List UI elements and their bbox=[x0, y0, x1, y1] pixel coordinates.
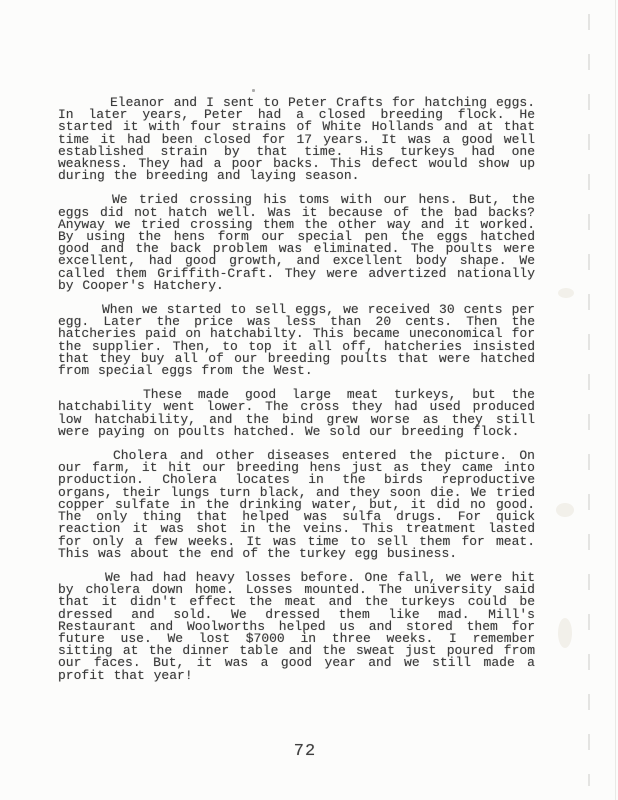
page-number: 72 bbox=[0, 742, 610, 761]
scanned-page: Eleanor and I sent to Peter Crafts for h… bbox=[0, 0, 618, 800]
paragraph-heavy-losses: We had had heavy losses before. One fall… bbox=[58, 572, 535, 682]
scan-smudge bbox=[558, 288, 574, 298]
scan-speck bbox=[252, 89, 255, 92]
scan-smudge bbox=[558, 618, 572, 648]
paragraph-selling-eggs: When we started to sell eggs, we receive… bbox=[58, 304, 535, 377]
paragraph-cholera: Cholera and other diseases entered the p… bbox=[58, 450, 535, 560]
scan-edge-line bbox=[615, 0, 616, 800]
scan-binding-marks bbox=[588, 14, 590, 786]
scan-smudge bbox=[556, 503, 574, 517]
paragraph-meat-turkeys: These made good large meat turkeys, but … bbox=[58, 389, 535, 438]
page-text-block: Eleanor and I sent to Peter Crafts for h… bbox=[58, 97, 535, 694]
paragraph-hatching-eggs: Eleanor and I sent to Peter Crafts for h… bbox=[58, 97, 535, 182]
paragraph-crossing-toms: We tried crossing his toms with our hens… bbox=[58, 194, 535, 292]
